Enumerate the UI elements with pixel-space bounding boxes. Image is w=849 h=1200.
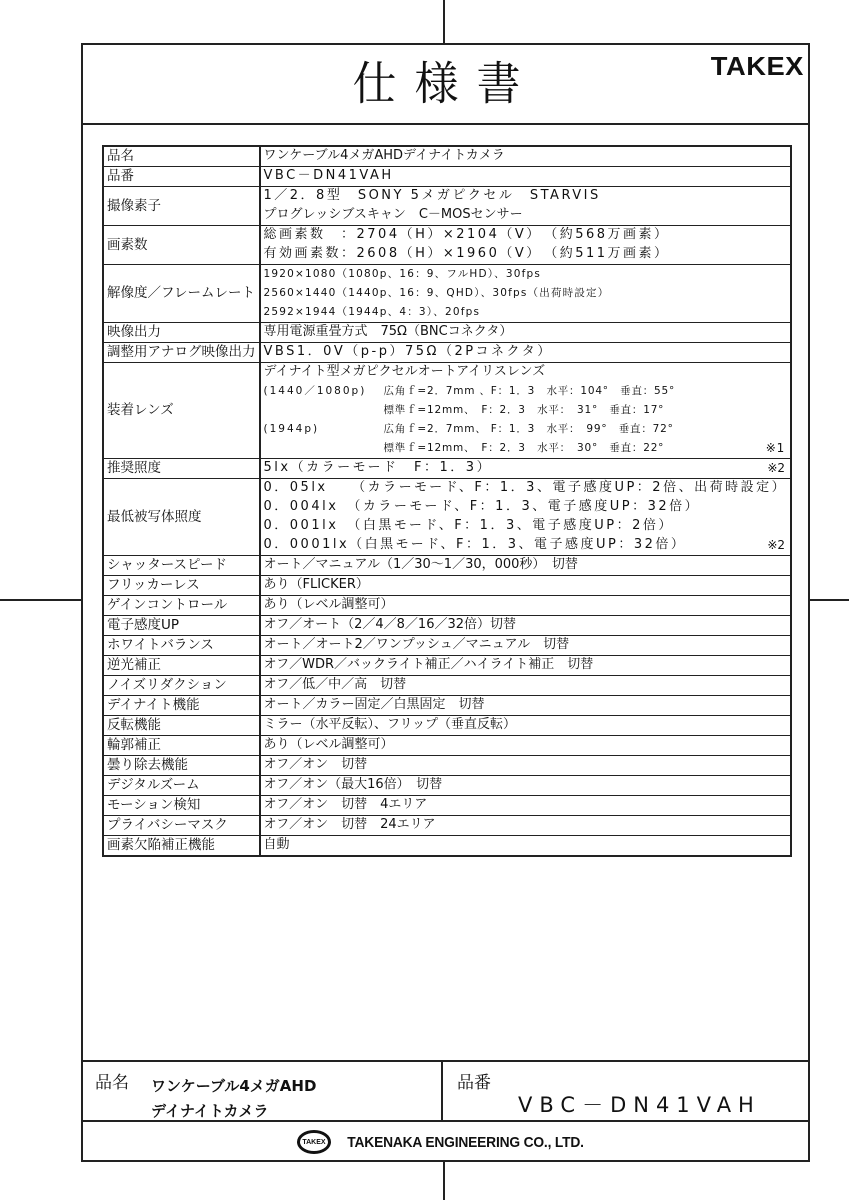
spec-label: 画素欠陥補正機能 (103, 836, 260, 857)
spec-value-line: オフ／オート（2／4／8／16／32倍）切替 (264, 616, 788, 635)
spec-value: オフ／WDR／バックライト補正／ハイライト補正 切替 (260, 656, 792, 676)
spec-value: オート／マニュアル（1／30～1／30，000秒） 切替 (260, 556, 792, 576)
spec-label: 解像度／フレームレート (103, 265, 260, 323)
spec-value-text: あり（レベル調整可） (264, 596, 394, 615)
spec-value-text: 0．001lx （白黒モード、F：1．3、電子感度UP：2倍） (264, 517, 674, 536)
spec-label: ホワイトバランス (103, 636, 260, 656)
spec-label: シャッタースピード (103, 556, 260, 576)
spec-value-line: あり（レベル調整可） (264, 596, 788, 615)
footnote-mark: ※2 (767, 459, 787, 478)
footer-model-label: 品番 (457, 1068, 491, 1093)
spec-row: 画素欠陥補正機能自動 (103, 836, 791, 857)
spec-row: 逆光補正オフ／WDR／バックライト補正／ハイライト補正 切替 (103, 656, 791, 676)
spec-value-line: 0．05lx （カラーモード、F：1．3、電子感度UP：2倍、出荷時設定） (264, 479, 788, 498)
spec-value: オフ／低／中／高 切替 (260, 676, 792, 696)
spec-label: デイナイト機能 (103, 696, 260, 716)
spec-value-text: オフ／WDR／バックライト補正／ハイライト補正 切替 (264, 656, 594, 675)
spec-value: デイナイト型メガピクセルオートアイリスレンズ(1440／1080p)広角ｆ=2．… (260, 363, 792, 459)
spec-value-text: 2560×1440（1440p、16：9、QHD）、30fps（出荷時設定） (264, 284, 610, 303)
footer-product-name: 品名 ワンケーブル4メガAHD デイナイトカメラ (83, 1062, 443, 1120)
spec-value-text: オフ／オン 切替 (264, 756, 368, 775)
spec-row: デイナイト機能オート／カラー固定／白黒固定 切替 (103, 696, 791, 716)
crop-mark-top (443, 0, 445, 44)
spec-value-line: ミラー（水平反転）、フリップ（垂直反転） (264, 716, 788, 735)
lens-title: デイナイト型メガピクセルオートアイリスレンズ (264, 363, 788, 382)
spec-value-line: オート／マニュアル（1／30～1／30，000秒） 切替 (264, 556, 788, 575)
brand-logo: TAKEX (711, 51, 804, 82)
spec-row: シャッタースピードオート／マニュアル（1／30～1／30，000秒） 切替 (103, 556, 791, 576)
spec-value-line: オフ／オン 切替 4エリア (264, 796, 788, 815)
spec-value-line: 有効画素数：2608（H）×1960（V） （約511万画素） (264, 245, 788, 264)
footer-name-label: 品名 (95, 1068, 129, 1093)
footnote-mark: ※2 (767, 536, 787, 555)
spec-value-text: 有効画素数：2608（H）×1960（V） （約511万画素） (264, 245, 670, 264)
spec-value-text: オート／カラー固定／白黒固定 切替 (264, 696, 485, 715)
footnote-mark: ※1 (766, 439, 787, 458)
spec-row: 曇り除去機能オフ／オン 切替 (103, 756, 791, 776)
spec-value-line: 0．0001lx（白黒モード、F：1．3、電子感度UP：32倍）※2 (264, 536, 788, 555)
spec-value: オフ／オン（最大16倍） 切替 (260, 776, 792, 796)
spec-value: あり（レベル調整可） (260, 596, 792, 616)
spec-value: 自動 (260, 836, 792, 857)
spec-row: 推奨照度5lx（カラーモード F：1．3）※2 (103, 459, 791, 479)
spec-value-text: 総画素数 ：2704（H）×2104（V） （約568万画素） (264, 226, 670, 245)
footer-model-value: VBC－DN41VAH (518, 1089, 761, 1119)
spec-value-text: 1920×1080（1080p、16：9、フルHD）、30fps (264, 265, 542, 284)
spec-value-line: ワンケーブル4メガAHDデイナイトカメラ (264, 147, 788, 166)
spec-row: 電子感度UPオフ／オート（2／4／8／16／32倍）切替 (103, 616, 791, 636)
spec-value-text: 自動 (264, 836, 290, 855)
spec-value-line: オフ／オン（最大16倍） 切替 (264, 776, 788, 795)
title-area: 仕様書 TAKEX (83, 45, 808, 125)
spec-label: 推奨照度 (103, 459, 260, 479)
spec-value-text: あり（FLICKER） (264, 576, 369, 595)
spec-row: 反転機能ミラー（水平反転）、フリップ（垂直反転） (103, 716, 791, 736)
lens-spec-text: 標準ｆ=12mm、 F：2．3 水平： 31° 垂直：17° (384, 401, 786, 420)
spec-value-line: あり（レベル調整可） (264, 736, 788, 755)
footer-name-line1: ワンケーブル4メガAHD (151, 1074, 316, 1099)
spec-value-line: 1／2．8型 SONY 5メガピクセル STARVIS (264, 187, 788, 206)
spec-value-line: 2592×1944（1944p、4：3）、20fps (264, 303, 788, 322)
spec-label: ゲインコントロール (103, 596, 260, 616)
spec-label: フリッカーレス (103, 576, 260, 596)
spec-row: 最低被写体照度0．05lx （カラーモード、F：1．3、電子感度UP：2倍、出荷… (103, 479, 791, 556)
lens-resolution-label: (1440／1080p) (264, 382, 384, 401)
spec-value-text: 1／2．8型 SONY 5メガピクセル STARVIS (264, 187, 601, 206)
spec-value: ミラー（水平反転）、フリップ（垂直反転） (260, 716, 792, 736)
spec-row: ノイズリダクションオフ／低／中／高 切替 (103, 676, 791, 696)
spec-value: オート／カラー固定／白黒固定 切替 (260, 696, 792, 716)
spec-value-text: 専用電源重畳方式 75Ω（BNCコネクタ） (264, 323, 513, 342)
spec-row: デジタルズームオフ／オン（最大16倍） 切替 (103, 776, 791, 796)
spec-value-text: プログレッシブスキャン C－MOSセンサー (264, 206, 523, 225)
spec-row: モーション検知オフ／オン 切替 4エリア (103, 796, 791, 816)
spec-value-text: オフ／オート（2／4／8／16／32倍）切替 (264, 616, 517, 635)
spec-value: オフ／オン 切替 (260, 756, 792, 776)
spec-value-line: オフ／WDR／バックライト補正／ハイライト補正 切替 (264, 656, 788, 675)
spec-value-line: VBC－DN41VAH (264, 167, 788, 186)
spec-row: 輪郭補正あり（レベル調整可） (103, 736, 791, 756)
spec-value-line: 自動 (264, 836, 788, 855)
spec-value-line: プログレッシブスキャン C－MOSセンサー (264, 206, 788, 225)
spec-value: オフ／オン 切替 4エリア (260, 796, 792, 816)
spec-value-text: オフ／オン（最大16倍） 切替 (264, 776, 443, 795)
lens-spec-text: 広角ｆ=2．7mm 、F：1．3 水平：104° 垂直：55° (384, 382, 786, 401)
spec-label: 装着レンズ (103, 363, 260, 459)
spec-value-text: ミラー（水平反転）、フリップ（垂直反転） (264, 716, 516, 735)
spec-value-line: 2560×1440（1440p、16：9、QHD）、30fps（出荷時設定） (264, 284, 788, 303)
spec-row: フリッカーレスあり（FLICKER） (103, 576, 791, 596)
spec-label: 輪郭補正 (103, 736, 260, 756)
spec-table: 品名ワンケーブル4メガAHDデイナイトカメラ品番VBC－DN41VAH撮像素子1… (102, 145, 792, 857)
footer-name-value: ワンケーブル4メガAHD デイナイトカメラ (151, 1074, 316, 1124)
spec-label: 調整用アナログ映像出力 (103, 343, 260, 363)
spec-value-line: VBS1．0V（p-p）75Ω（2Pコネクタ） (264, 343, 788, 362)
spec-value-text: オート／オート2／ワンプッシュ／マニュアル 切替 (264, 636, 570, 655)
spec-value-text: 5lx（カラーモード F：1．3） (264, 459, 493, 478)
spec-value-text: あり（レベル調整可） (264, 736, 394, 755)
document-frame: 仕様書 TAKEX 品名ワンケーブル4メガAHDデイナイトカメラ品番VBC－DN… (81, 43, 810, 1162)
lens-spec-line: (1944p)広角ｆ=2．7mm、 F：1．3 水平： 99° 垂直：72° (264, 420, 788, 439)
spec-label: 映像出力 (103, 323, 260, 343)
lens-spec-text: 広角ｆ=2．7mm、 F：1．3 水平： 99° 垂直：72° (384, 420, 786, 439)
spec-value-line: 0．001lx （白黒モード、F：1．3、電子感度UP：2倍） (264, 517, 788, 536)
spec-label: ノイズリダクション (103, 676, 260, 696)
lens-spec-line: 標準ｆ=12mm、 F：2．3 水平： 31° 垂直：17° (264, 401, 788, 420)
spec-row: ホワイトバランスオート／オート2／ワンプッシュ／マニュアル 切替 (103, 636, 791, 656)
spec-value-line: 総画素数 ：2704（H）×2104（V） （約568万画素） (264, 226, 788, 245)
spec-value: オート／オート2／ワンプッシュ／マニュアル 切替 (260, 636, 792, 656)
spec-label: 画素数 (103, 226, 260, 265)
crop-mark-right (808, 599, 849, 601)
crop-mark-left (0, 599, 82, 601)
spec-value: あり（レベル調整可） (260, 736, 792, 756)
spec-value-line: オフ／オン 切替 24エリア (264, 816, 788, 835)
spec-value: 1920×1080（1080p、16：9、フルHD）、30fps2560×144… (260, 265, 792, 323)
company-name: TAKENAKA ENGINEERING CO., LTD. (347, 1134, 583, 1151)
spec-value: VBS1．0V（p-p）75Ω（2Pコネクタ） (260, 343, 792, 363)
spec-value: オフ／オン 切替 24エリア (260, 816, 792, 836)
spec-value: 1／2．8型 SONY 5メガピクセル STARVISプログレッシブスキャン C… (260, 187, 792, 226)
spec-value-text: 0．05lx （カラーモード、F：1．3、電子感度UP：2倍、出荷時設定） (264, 479, 788, 498)
spec-value: あり（FLICKER） (260, 576, 792, 596)
spec-label: デジタルズーム (103, 776, 260, 796)
spec-value-line: オート／オート2／ワンプッシュ／マニュアル 切替 (264, 636, 788, 655)
spec-value-line: 0．004lx （カラーモード、F：1．3、電子感度UP：32倍） (264, 498, 788, 517)
spec-value: オフ／オート（2／4／8／16／32倍）切替 (260, 616, 792, 636)
spec-value-line: オート／カラー固定／白黒固定 切替 (264, 696, 788, 715)
spec-value: 0．05lx （カラーモード、F：1．3、電子感度UP：2倍、出荷時設定）0．0… (260, 479, 792, 556)
spec-row: 品番VBC－DN41VAH (103, 167, 791, 187)
spec-row: 解像度／フレームレート1920×1080（1080p、16：9、フルHD）、30… (103, 265, 791, 323)
spec-row: 品名ワンケーブル4メガAHDデイナイトカメラ (103, 146, 791, 167)
spec-row: 装着レンズデイナイト型メガピクセルオートアイリスレンズ(1440／1080p)広… (103, 363, 791, 459)
company-bar: TAKEX TAKENAKA ENGINEERING CO., LTD. (83, 1120, 808, 1162)
spec-value-text: ワンケーブル4メガAHDデイナイトカメラ (264, 147, 505, 166)
spec-value-text: オフ／低／中／高 切替 (264, 676, 407, 695)
spec-label: 撮像素子 (103, 187, 260, 226)
lens-resolution-label: (1944p) (264, 420, 384, 439)
spec-label: 最低被写体照度 (103, 479, 260, 556)
lens-spec-text: 標準ｆ=12mm、 F：2．3 水平： 30° 垂直：22° (384, 439, 766, 458)
spec-row: 撮像素子1／2．8型 SONY 5メガピクセル STARVISプログレッシブスキ… (103, 187, 791, 226)
spec-value: ワンケーブル4メガAHDデイナイトカメラ (260, 146, 792, 167)
spec-row: プライバシーマスクオフ／オン 切替 24エリア (103, 816, 791, 836)
spec-label: モーション検知 (103, 796, 260, 816)
spec-row: ゲインコントロールあり（レベル調整可） (103, 596, 791, 616)
lens-spec-line: 標準ｆ=12mm、 F：2．3 水平： 30° 垂直：22°※1 (264, 439, 788, 458)
spec-row: 映像出力専用電源重畳方式 75Ω（BNCコネクタ） (103, 323, 791, 343)
crop-mark-bottom (443, 1160, 445, 1200)
spec-value: VBC－DN41VAH (260, 167, 792, 187)
spec-label: 逆光補正 (103, 656, 260, 676)
spec-value-line: 1920×1080（1080p、16：9、フルHD）、30fps (264, 265, 788, 284)
lens-spec-line: (1440／1080p)広角ｆ=2．7mm 、F：1．3 水平：104° 垂直：… (264, 382, 788, 401)
spec-value: 専用電源重畳方式 75Ω（BNCコネクタ） (260, 323, 792, 343)
spec-value-line: 専用電源重畳方式 75Ω（BNCコネクタ） (264, 323, 788, 342)
footer-product-model: 品番 VBC－DN41VAH (443, 1062, 808, 1120)
spec-value-text: VBC－DN41VAH (264, 167, 394, 186)
spec-value-text: VBS1．0V（p-p）75Ω（2Pコネクタ） (264, 343, 553, 362)
spec-label: 品番 (103, 167, 260, 187)
spec-value-text: オフ／オン 切替 24エリア (264, 816, 436, 835)
page-title: 仕様書 (83, 54, 808, 117)
spec-value-text: 0．004lx （カラーモード、F：1．3、電子感度UP：32倍） (264, 498, 701, 517)
spec-value-line: あり（FLICKER） (264, 576, 788, 595)
spec-label: 反転機能 (103, 716, 260, 736)
spec-value: 総画素数 ：2704（H）×2104（V） （約568万画素）有効画素数：260… (260, 226, 792, 265)
spec-label: 品名 (103, 146, 260, 167)
spec-row: 調整用アナログ映像出力VBS1．0V（p-p）75Ω（2Pコネクタ） (103, 343, 791, 363)
takex-oval-logo-icon: TAKEX (297, 1130, 331, 1154)
spec-value-text: 2592×1944（1944p、4：3）、20fps (264, 303, 481, 322)
footer-block: 品名 ワンケーブル4メガAHD デイナイトカメラ 品番 VBC－DN41VAH … (83, 1060, 808, 1162)
spec-value-text: オート／マニュアル（1／30～1／30，000秒） 切替 (264, 556, 578, 575)
spec-value-text: 0．0001lx（白黒モード、F：1．3、電子感度UP：32倍） (264, 536, 687, 555)
spec-value-text: オフ／オン 切替 4エリア (264, 796, 428, 815)
spec-label: 曇り除去機能 (103, 756, 260, 776)
spec-label: プライバシーマスク (103, 816, 260, 836)
spec-value: 5lx（カラーモード F：1．3）※2 (260, 459, 792, 479)
spec-value-line: オフ／オン 切替 (264, 756, 788, 775)
spec-value-line: オフ／低／中／高 切替 (264, 676, 788, 695)
spec-value-line: 5lx（カラーモード F：1．3）※2 (264, 459, 788, 478)
spec-row: 画素数総画素数 ：2704（H）×2104（V） （約568万画素）有効画素数：… (103, 226, 791, 265)
spec-label: 電子感度UP (103, 616, 260, 636)
